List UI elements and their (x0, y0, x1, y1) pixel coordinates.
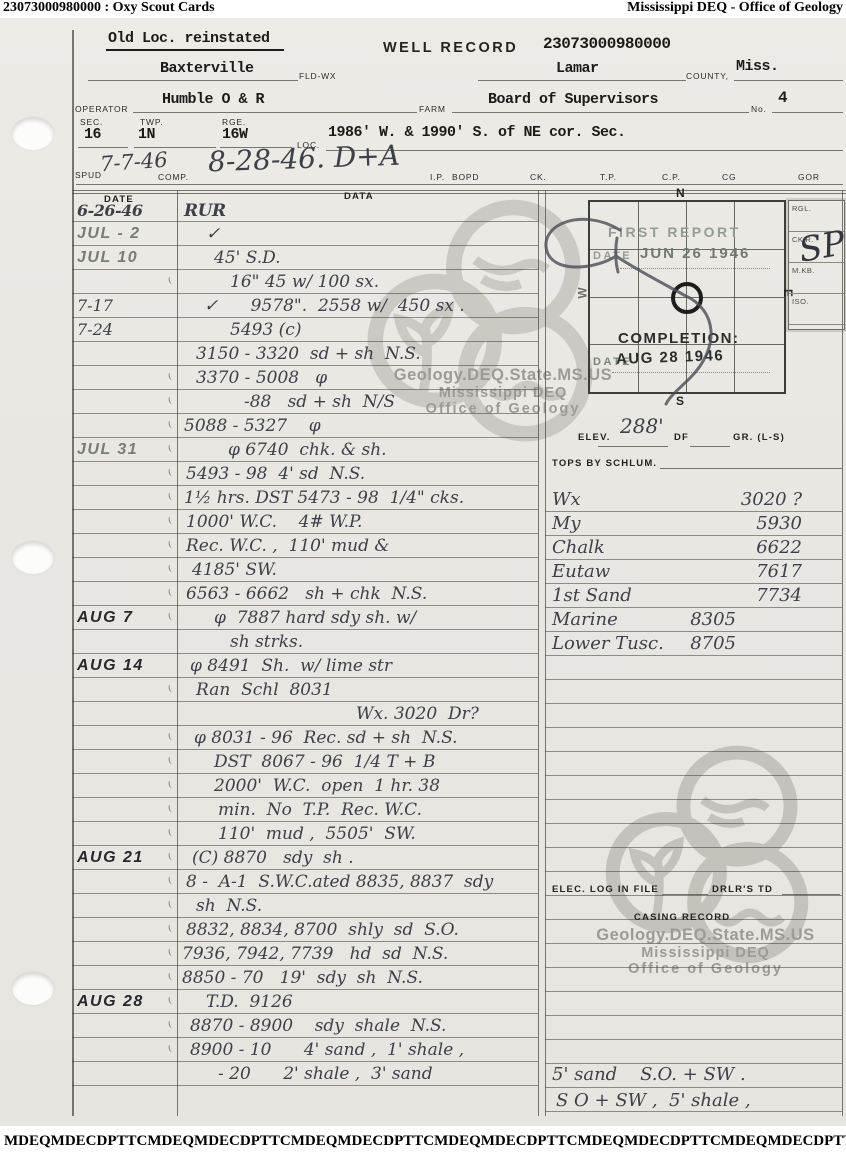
sec-value: 16 (84, 126, 101, 143)
elec-log-label: ELEC. LOG IN FILE (552, 884, 659, 895)
log-row: 1000' W.C. 4# W.P. (72, 510, 538, 534)
state-name: Miss. (736, 58, 779, 75)
footer-token: MDECD (481, 1133, 538, 1150)
log-row: 6-26-46 RUR (72, 198, 538, 222)
log-row: 8832, 8834, 8700 shly sd S.O. (72, 918, 538, 942)
note-line: S O + SW , 5' shale , (556, 1090, 751, 1111)
rule (662, 894, 708, 895)
rge-value: 16W (222, 126, 248, 143)
scan-header: 23073000980000 : Oxy Scout Cards Mississ… (0, 0, 846, 17)
rule (78, 147, 128, 148)
formation-depth: 8705 (690, 632, 736, 656)
footer-token: PTTC (537, 1133, 577, 1150)
formation-name: Eutaw (552, 560, 610, 584)
log-entry: 5493 - 98 4' sd N.S. (186, 462, 538, 486)
footer-token: MDEQ (4, 1133, 51, 1150)
log-entry: 8850 - 70 19' sdy sh N.S. (182, 966, 538, 990)
rule (660, 468, 842, 469)
rule (134, 147, 216, 148)
log-entry: 6563 - 6662 sh + chk N.S. (186, 582, 538, 606)
log-entry: 16" 45 w/ 100 sx. (230, 270, 538, 294)
df-label: DF (674, 432, 689, 443)
comp-label: COMP. (158, 172, 189, 182)
log-entry: RUR (184, 198, 538, 224)
daily-log: 6-26-46 RUR JUL - 2 ✓ JUL 10 45' S.D. 16… (72, 198, 538, 1086)
operator-label: OPERATOR (75, 104, 128, 114)
log-row: -88 sd + sh N/S (72, 390, 538, 414)
field-name: Baxterville (160, 60, 254, 77)
rule (690, 446, 730, 447)
log-row: 3150 - 3320 sd + sh N.S. (72, 342, 538, 366)
log-date: AUG 21 (77, 846, 144, 870)
log-entry: φ 8031 - 96 Rec. sd + sh N.S. (194, 726, 538, 750)
log-row: 8 - A-1 S.W.C.ated 8835, 8837 sdy (72, 870, 538, 894)
formation-top-row: Marine 8305 (552, 608, 840, 632)
county-name: Lamar (556, 60, 599, 77)
log-row: JUL - 2 ✓ (72, 222, 538, 246)
note-line: 5' sand S.O. + SW . (552, 1064, 746, 1085)
log-entry: min. No T.P. Rec. W.C. (218, 798, 538, 822)
footer-token: MDECD (624, 1133, 681, 1150)
log-row: 4185' SW. (72, 558, 538, 582)
log-row: 5493 - 98 4' sd N.S. (72, 462, 538, 486)
log-entry: 2000' W.C. open 1 hr. 38 (214, 774, 538, 798)
routing-stamp-row: ISO. (789, 294, 844, 325)
rule (76, 184, 843, 185)
bopd-label: BOPD (452, 172, 479, 182)
log-entry: 8832, 8834, 8700 shly sd S.O. (186, 918, 538, 942)
punch-hole (12, 117, 54, 150)
log-row: 5088 - 5327 φ (72, 414, 538, 438)
log-row: 7936, 7942, 7739 hd sd N.S. (72, 942, 538, 966)
log-row: JUL 10 45' S.D. (72, 246, 538, 270)
casing-record-label: CASING RECORD (634, 912, 730, 923)
log-entry: 1½ hrs. DST 5473 - 98 1/4" cks. (184, 486, 538, 510)
formation-depth: 7617 (756, 560, 802, 584)
cp-label: C.P. (662, 172, 681, 182)
log-entry: Ran Schl 8031 (196, 678, 538, 702)
log-entry: ✓ (206, 222, 538, 246)
rule (88, 80, 298, 81)
rule (478, 80, 686, 81)
rule (772, 112, 843, 113)
footer-token: MDECD (767, 1133, 824, 1150)
log-row: 110' mud , 5505' SW. (72, 822, 538, 846)
log-row: 8870 - 8900 sdy shale N.S. (72, 1014, 538, 1038)
loc-value: 1986' W. & 1990' S. of NE cor. Sec. (328, 124, 626, 141)
footer-token: PTTC (251, 1133, 291, 1150)
footer-strip: MDEQMDECDPTTCMDEQMDECDPTTCMDEQMDECDPTTCM… (4, 1133, 842, 1150)
formation-depth: 7734 (756, 584, 802, 608)
formation-depth: 3020 ? (741, 488, 802, 512)
cg-label: CG (722, 172, 736, 182)
log-entry: 1000' W.C. 4# W.P. (186, 510, 538, 534)
log-row: - 20 2' shale , 3' sand (72, 1062, 538, 1086)
log-entry: 7936, 7942, 7739 hd sd N.S. (182, 942, 538, 966)
field-label: FLD-WX (299, 71, 336, 81)
drlrs-td-label: DRLR'S TD (712, 884, 773, 895)
log-entry: Wx. 3020 Dr? (356, 702, 538, 726)
log-row: 16" 45 w/ 100 sx. (72, 270, 538, 294)
log-date: AUG 14 (77, 654, 144, 678)
operator-value: Humble O & R (162, 91, 264, 108)
formation-tops: Wx 3020 ? My 5930 Chalk 6622 Eutaw 7617 (552, 488, 840, 656)
footer-token: PTTC (394, 1133, 434, 1150)
log-entry: φ 8491 Sh. w/ lime str (190, 654, 538, 678)
elev-label: ELEV. (578, 432, 611, 443)
comp-value: 8-28-46. D+A (207, 139, 400, 179)
well-record-card: Geology.DEQ.State.MS.US Mississippi DEQ … (0, 18, 846, 1126)
log-row: 7-17 ✓ 9578". 2558 w/ 450 sx . (72, 294, 538, 318)
formation-top-row: Chalk 6622 (552, 536, 840, 560)
formation-name: 1st Sand (552, 584, 632, 608)
twp-value: 1N (138, 126, 155, 143)
punch-hole (12, 541, 54, 574)
log-date: AUG 28 (77, 990, 144, 1014)
rule (598, 446, 668, 447)
routing-stamp-box: RGL.CK'R.M.KB.ISO. SP (788, 200, 845, 330)
log-entry: -88 sd + sh N/S (244, 390, 538, 414)
footer-token: MDECD (194, 1133, 251, 1150)
log-row: Wx. 3020 Dr? (72, 702, 538, 726)
gr-label: GR. (L-S) (733, 432, 785, 443)
footer-token: MDEQ (577, 1133, 624, 1150)
scan-header-right: Mississippi DEQ - Office of Geology (627, 0, 843, 17)
log-row: φ 8031 - 96 Rec. sd + sh N.S. (72, 726, 538, 750)
log-entry: φ 7887 hard sdy sh. w/ (214, 606, 538, 630)
tp-label: T.P. (600, 172, 617, 182)
rule (782, 894, 840, 895)
log-entry: Rec. W.C. , 110' mud & (186, 534, 538, 558)
log-row: 8900 - 10 4' sand , 1' shale , (72, 1038, 538, 1062)
log-row: 6563 - 6662 sh + chk N.S. (72, 582, 538, 606)
footer-token: MDEQ (721, 1133, 768, 1150)
log-entry: 5088 - 5327 φ (184, 414, 538, 438)
log-row: sh N.S. (72, 894, 538, 918)
log-entry: DST 8067 - 96 1/4 T + B (214, 750, 538, 774)
log-entry: - 20 2' shale , 3' sand (218, 1062, 538, 1086)
footer-token: PTTC (681, 1133, 721, 1150)
log-row: 7-24 5493 (c) (72, 318, 538, 342)
log-entry: T.D. 9126 (206, 990, 538, 1014)
formation-depth: 5930 (756, 512, 802, 536)
log-row: 8850 - 70 19' sdy sh N.S. (72, 966, 538, 990)
rule (326, 150, 843, 151)
log-entry: ✓ 9578". 2558 w/ 450 sx . (204, 294, 538, 318)
farm-label: FARM (419, 104, 446, 114)
well-record-title: WELL RECORD (383, 40, 518, 56)
rule (452, 112, 749, 113)
log-date: JUL 31 (77, 438, 138, 462)
ck-label: CK. (530, 172, 547, 182)
rule (133, 112, 417, 113)
gor-label: GOR (798, 172, 820, 182)
checker-initials: SP (796, 223, 846, 270)
formation-name: Chalk (552, 536, 605, 560)
formation-name: Wx (552, 488, 581, 512)
rule (72, 193, 846, 194)
log-row: AUG 14 φ 8491 Sh. w/ lime str (72, 654, 538, 678)
log-entry: 3370 - 5008 φ (196, 366, 538, 390)
log-date: JUL 10 (77, 246, 138, 270)
punch-hole (12, 972, 54, 1005)
log-entry: sh N.S. (196, 894, 538, 918)
tops-label: TOPS BY SCHLUM. (552, 458, 657, 469)
formation-top-row: 1st Sand 7734 (552, 584, 840, 608)
log-date: AUG 7 (77, 606, 133, 630)
log-entry: 110' mud , 5505' SW. (218, 822, 538, 846)
elev-value: 288' (620, 414, 664, 438)
log-row: Ran Schl 8031 (72, 678, 538, 702)
formation-top-row: My 5930 (552, 512, 840, 536)
log-entry: 5493 (c) (230, 318, 538, 342)
log-date: JUL - 2 (77, 222, 141, 246)
log-row: DST 8067 - 96 1/4 T + B (72, 750, 538, 774)
log-entry: 3150 - 3320 sd + sh N.S. (196, 342, 538, 366)
county-label: COUNTY, (686, 71, 729, 81)
ip-label: I.P. (430, 172, 445, 182)
log-entry: 8900 - 10 4' sand , 1' shale , (190, 1038, 538, 1062)
spud-label: SPUD (75, 170, 102, 180)
rule (72, 190, 846, 191)
footer-token: PTTC (824, 1133, 846, 1150)
footer-token: PTTC (107, 1133, 147, 1150)
formation-depth: 8305 (690, 608, 736, 632)
formation-depth: 6622 (756, 536, 802, 560)
well-number: 23073000980000 (543, 35, 670, 53)
footer-token: MDEQ (147, 1133, 194, 1150)
footer-token: MDECD (51, 1133, 108, 1150)
log-row: Rec. W.C. , 110' mud & (72, 534, 538, 558)
formation-top-row: Wx 3020 ? (552, 488, 840, 512)
log-row: AUG 21 (C) 8870 sdy sh . (72, 846, 538, 870)
log-entry: φ 6740 chk. & sh. (228, 438, 538, 462)
formation-name: My (552, 512, 581, 536)
footer-token: MDEQ (434, 1133, 481, 1150)
log-date: 7-17 (77, 294, 113, 318)
log-row: sh strks. (72, 630, 538, 654)
rule (734, 80, 843, 81)
scanned-well-record-page: 23073000980000 : Oxy Scout Cards Mississ… (0, 0, 846, 1156)
scan-header-left: 23073000980000 : Oxy Scout Cards (3, 0, 215, 17)
log-entry: 45' S.D. (214, 246, 538, 270)
well-no-label: No. (751, 104, 767, 114)
log-entry: sh strks. (230, 630, 538, 654)
log-date: 7-24 (77, 318, 113, 342)
farm-value: Board of Supervisors (488, 91, 658, 108)
old-loc-note: Old Loc. reinstated (106, 30, 284, 51)
log-row: min. No T.P. Rec. W.C. (72, 798, 538, 822)
log-row: AUG 7 φ 7887 hard sdy sh. w/ (72, 606, 538, 630)
formation-name: Lower Tusc. (552, 632, 664, 656)
footer-token: MDECD (337, 1133, 394, 1150)
log-entry: (C) 8870 sdy sh . (192, 846, 538, 870)
formation-top-row: Eutaw 7617 (552, 560, 840, 584)
log-row: JUL 31 φ 6740 chk. & sh. (72, 438, 538, 462)
log-entry: 8870 - 8900 sdy shale N.S. (190, 1014, 538, 1038)
log-entry: 8 - A-1 S.W.C.ated 8835, 8837 sdy (186, 870, 538, 894)
log-date: 6-26-46 (77, 198, 142, 224)
log-row: 3370 - 5008 φ (72, 366, 538, 390)
log-row: AUG 28 T.D. 9126 (72, 990, 538, 1014)
log-row: 1½ hrs. DST 5473 - 98 1/4" cks. (72, 486, 538, 510)
log-row: 2000' W.C. open 1 hr. 38 (72, 774, 538, 798)
log-entry: 4185' SW. (192, 558, 538, 582)
formation-top-row: Lower Tusc. 8705 (552, 632, 840, 656)
footer-token: MDEQ (291, 1133, 338, 1150)
well-no-value: 4 (778, 89, 787, 107)
formation-name: Marine (552, 608, 618, 632)
